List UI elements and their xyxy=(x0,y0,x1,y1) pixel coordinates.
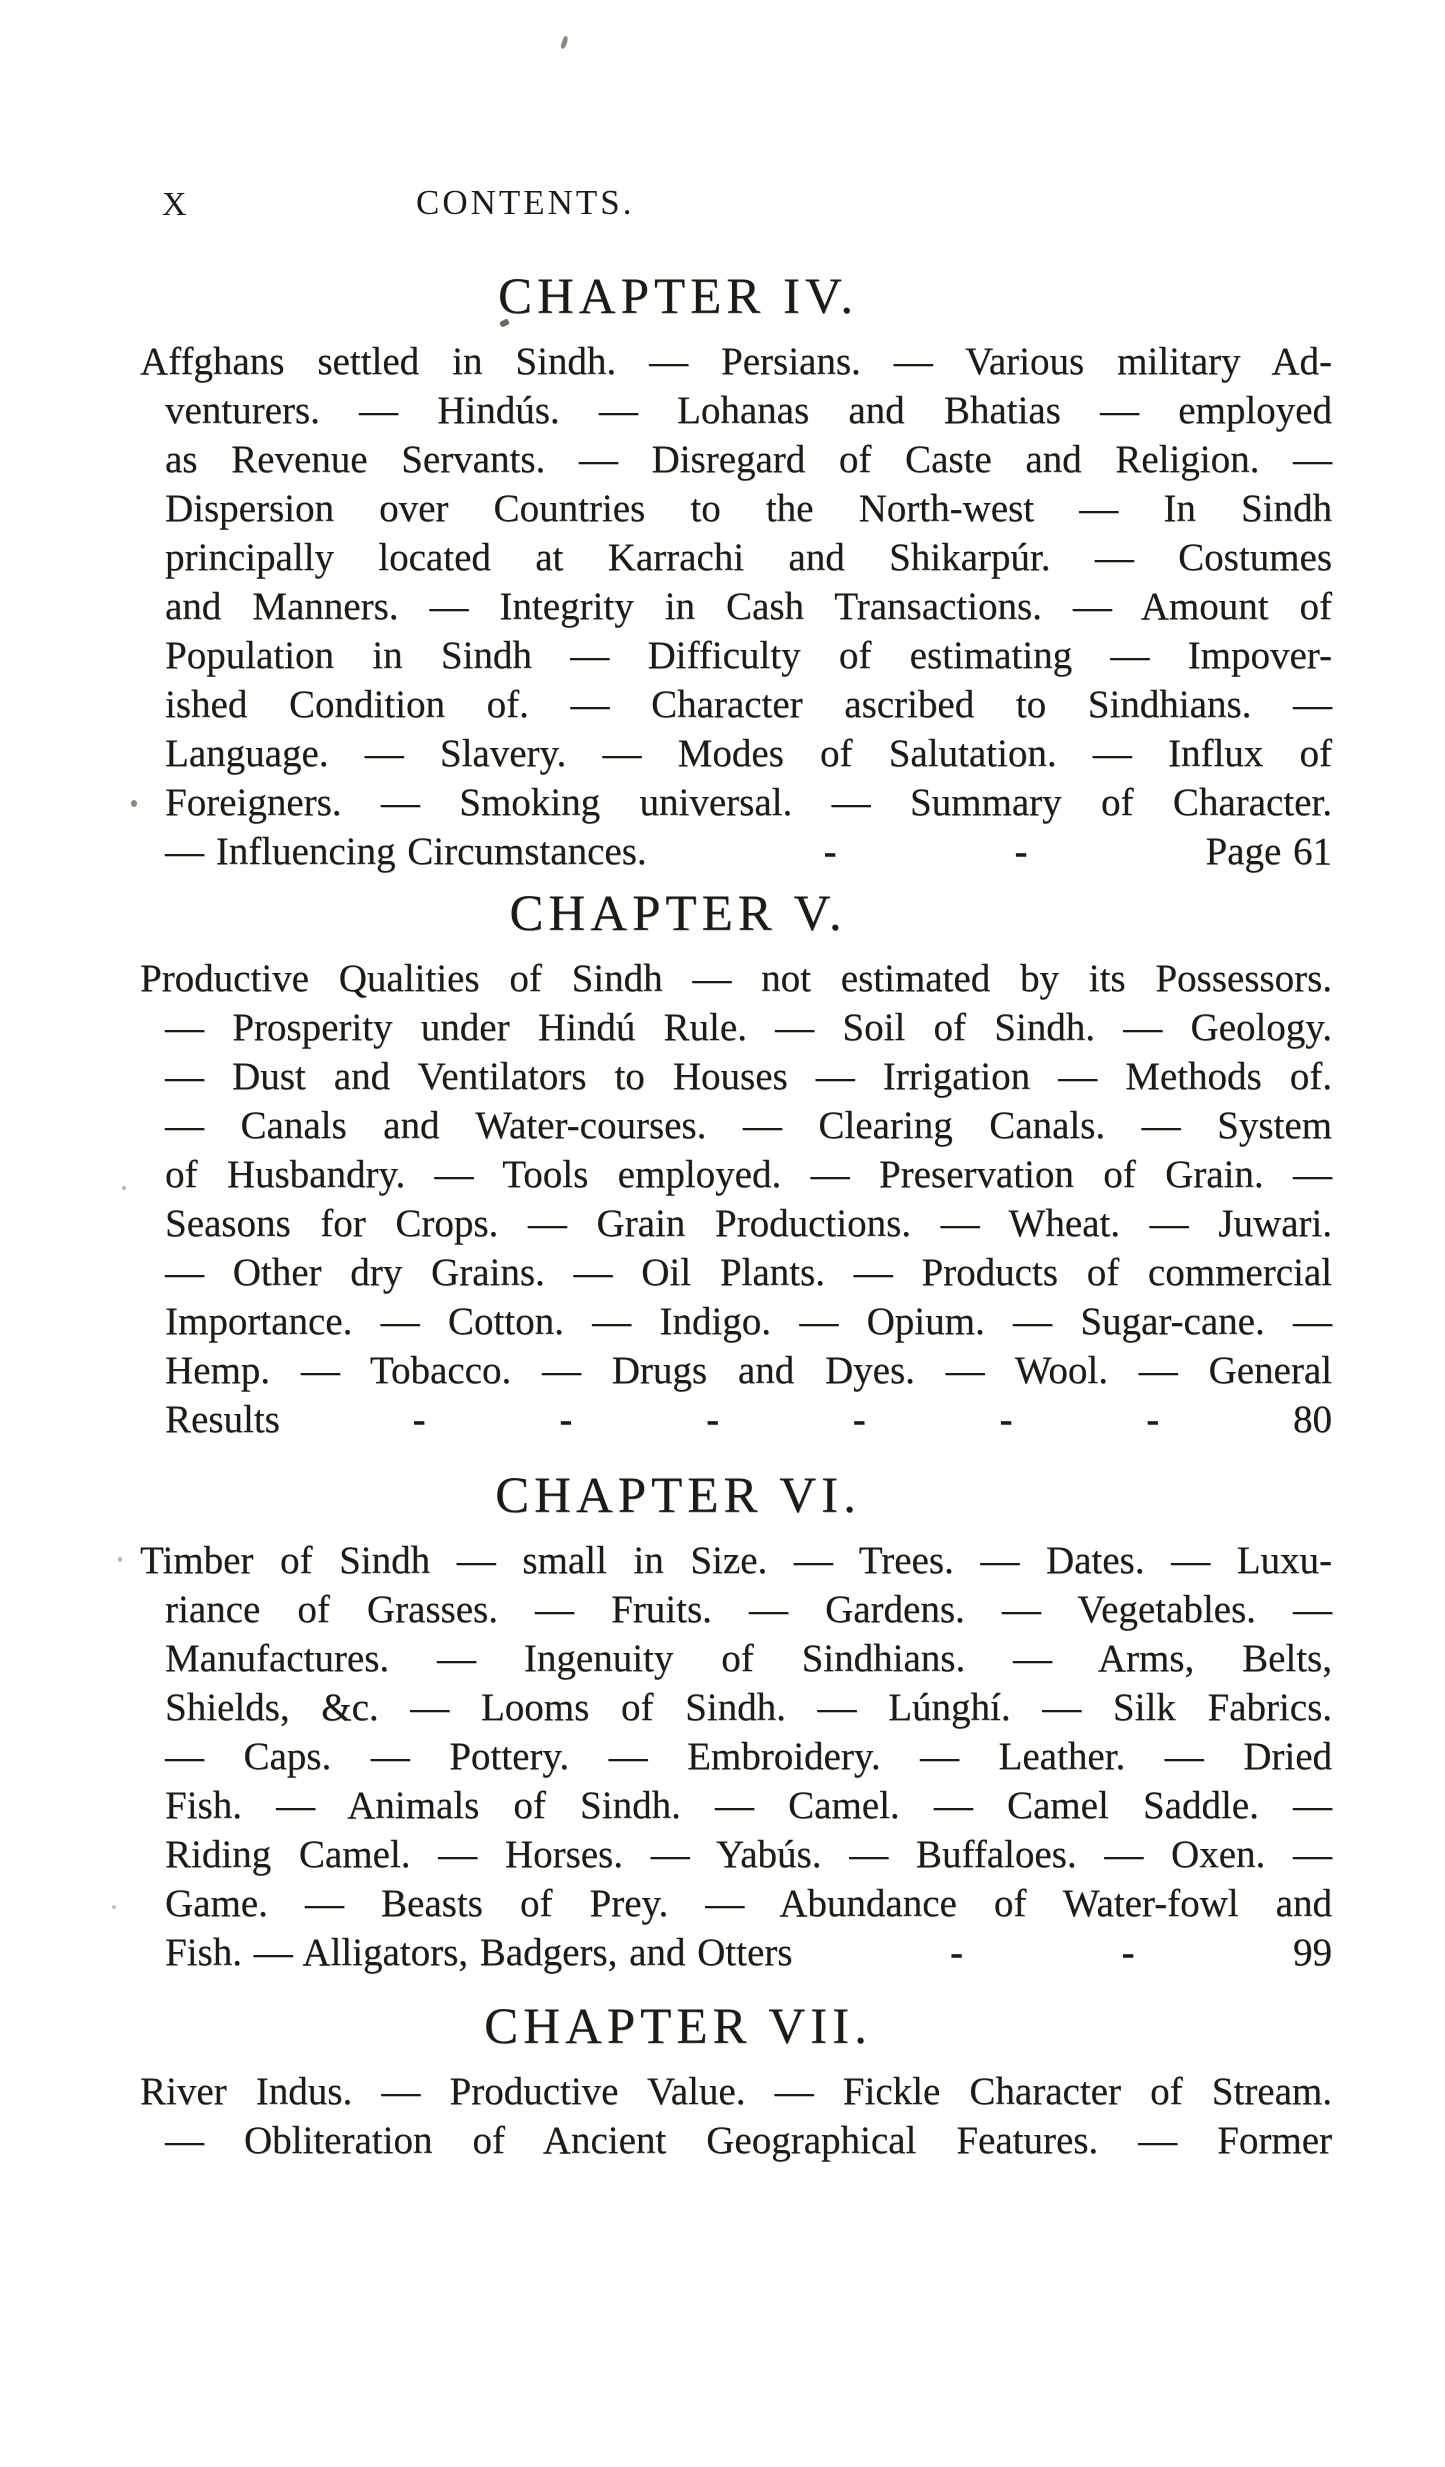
page-ref-line: Fish. — Alligators, Badgers, and Otters-… xyxy=(165,1928,1332,1977)
page-ref-text: Fish. — Alligators, Badgers, and Otters xyxy=(165,1928,792,1977)
page-ref-number: 99 xyxy=(1293,1928,1332,1977)
page-ref-text: Results xyxy=(165,1395,280,1444)
toc-line: Importance. — Cotton. — Indigo. — Opium.… xyxy=(165,1297,1332,1346)
toc-line: Language. — Slavery. — Modes of Salutati… xyxy=(165,729,1332,778)
chapter-heading: CHAPTER V. xyxy=(82,886,1274,942)
toc-line: as Revenue Servants. — Disregard of Cast… xyxy=(165,435,1332,484)
toc-line: Foreigners. — Smoking universal. — Summa… xyxy=(165,778,1332,827)
toc-line: — Dust and Ventilators to Houses — Irrig… xyxy=(165,1052,1332,1101)
toc-line: Hemp. — Tobacco. — Drugs and Dyes. — Woo… xyxy=(165,1346,1332,1395)
leader-dash-icon: - xyxy=(706,1395,720,1444)
chapter-section: CHAPTER IV.Affghans settled in Sindh. — … xyxy=(140,269,1332,876)
leader-dash-icon: - xyxy=(559,1395,573,1444)
toc-line: principally located at Karrachi and Shik… xyxy=(165,533,1332,582)
leader-dash-icon: - xyxy=(824,827,838,876)
page-ref-line: — Influencing Circumstances.--Page 61 xyxy=(165,827,1332,876)
scanned-book-page: X CONTENTS. CHAPTER IV.Affghans settled … xyxy=(0,0,1445,2467)
scan-speck xyxy=(122,1186,126,1190)
leader-dash-icon: - xyxy=(1146,1395,1160,1444)
toc-line: Timber of Sindh — small in Size. — Trees… xyxy=(140,1536,1332,1585)
chapter-heading: CHAPTER VII. xyxy=(82,1999,1274,2055)
page-ref-number: Page 61 xyxy=(1205,827,1332,876)
toc-line: — Other dry Grains. — Oil Plants. — Prod… xyxy=(165,1248,1332,1297)
toc-line: ished Condition of. — Character ascribed… xyxy=(165,680,1332,729)
chapter-entry: Affghans settled in Sindh. — Persians. —… xyxy=(140,337,1332,876)
toc-line: Productive Qualities of Sindh — not esti… xyxy=(140,954,1332,1003)
scan-speck xyxy=(112,1905,116,1909)
text-block: X CONTENTS. CHAPTER IV.Affghans settled … xyxy=(140,183,1332,2165)
toc-line: Affghans settled in Sindh. — Persians. —… xyxy=(140,337,1332,386)
running-head: CONTENTS. xyxy=(416,183,635,223)
toc-line: Population in Sindh — Difficulty of esti… xyxy=(165,631,1332,680)
toc-line: — Prosperity under Hindú Rule. — Soil of… xyxy=(165,1003,1332,1052)
chapter-section: CHAPTER VI.Timber of Sindh — small in Si… xyxy=(140,1468,1332,1977)
scan-speck xyxy=(560,36,569,50)
leader-dash-icon: - xyxy=(413,1395,427,1444)
toc-line: Manufactures. — Ingenuity of Sindhians. … xyxy=(165,1634,1332,1683)
chapter-heading: CHAPTER VI. xyxy=(82,1468,1274,1524)
leader-dash-icon: - xyxy=(1015,827,1029,876)
toc-line: of Husbandry. — Tools employed. — Preser… xyxy=(165,1150,1332,1199)
toc-line: Shields, &c. — Looms of Sindh. — Lúnghí.… xyxy=(165,1683,1332,1732)
chapter-entry: Timber of Sindh — small in Size. — Trees… xyxy=(140,1536,1332,1977)
leader-dash-icon: - xyxy=(1121,1928,1135,1977)
page-number: X xyxy=(162,186,189,224)
toc-line: riance of Grasses. — Fruits. — Gardens. … xyxy=(165,1585,1332,1634)
toc-line: venturers. — Hindús. — Lohanas and Bhati… xyxy=(165,386,1332,435)
chapter-entry: Productive Qualities of Sindh — not esti… xyxy=(140,954,1332,1444)
scan-speck xyxy=(131,800,137,807)
chapter-section: CHAPTER VII.River Indus. — Productive Va… xyxy=(140,1999,1332,2165)
scan-speck xyxy=(118,1557,122,1562)
chapter-section: CHAPTER V.Productive Qualities of Sindh … xyxy=(140,886,1332,1444)
chapter-entry: River Indus. — Productive Value. — Fickl… xyxy=(140,2067,1332,2165)
toc-line: Seasons for Crops. — Grain Productions. … xyxy=(165,1199,1332,1248)
toc-line: Dispersion over Countries to the North-w… xyxy=(165,484,1332,533)
chapter-list: CHAPTER IV.Affghans settled in Sindh. — … xyxy=(140,269,1332,2165)
page-header: X CONTENTS. xyxy=(140,183,1332,229)
toc-line: and Manners. — Integrity in Cash Transac… xyxy=(165,582,1332,631)
toc-line: — Canals and Water-courses. — Clearing C… xyxy=(165,1101,1332,1150)
leader-dash-icon: - xyxy=(950,1928,964,1977)
toc-line: Game. — Beasts of Prey. — Abundance of W… xyxy=(165,1879,1332,1928)
page-ref-line: Results------80 xyxy=(165,1395,1332,1444)
leader-dash-icon: - xyxy=(853,1395,867,1444)
toc-line: — Caps. — Pottery. — Embroidery. — Leath… xyxy=(165,1732,1332,1781)
toc-line: River Indus. — Productive Value. — Fickl… xyxy=(140,2067,1332,2116)
chapter-heading: CHAPTER IV. xyxy=(82,269,1274,325)
leader-dash-icon: - xyxy=(1000,1395,1014,1444)
toc-line: — Obliteration of Ancient Geographical F… xyxy=(165,2116,1332,2165)
page-ref-number: 80 xyxy=(1293,1395,1332,1444)
page-ref-text: — Influencing Circumstances. xyxy=(165,827,647,876)
toc-line: Riding Camel. — Horses. — Yabús. — Buffa… xyxy=(165,1830,1332,1879)
toc-line: Fish. — Animals of Sindh. — Camel. — Cam… xyxy=(165,1781,1332,1830)
